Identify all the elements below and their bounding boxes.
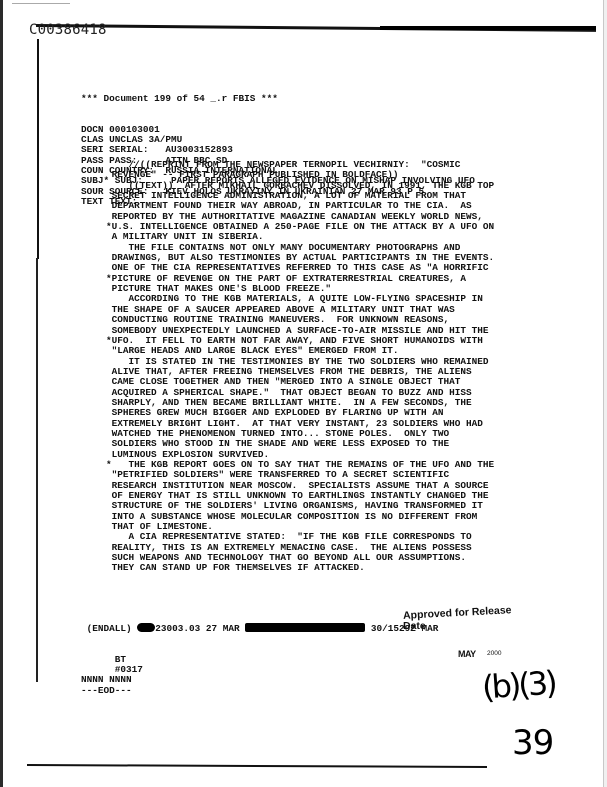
footer-block: (ENDALL) 23003.03 27 MAR 30/1529Z MAR BT… bbox=[81, 602, 438, 706]
scan-top-mark bbox=[12, 3, 70, 4]
endall-suffix: 30/1529Z MAR bbox=[365, 623, 438, 634]
control-number: C00386418 bbox=[29, 22, 107, 38]
body-line: THEY CAN STAND UP FOR THEMSELVES IF ATTA… bbox=[106, 563, 494, 573]
redaction-box bbox=[137, 623, 155, 632]
margin-rule bbox=[37, 39, 39, 259]
endall-dtg: 23003.03 27 MAR bbox=[155, 623, 245, 634]
scan-left-border bbox=[0, 0, 3, 787]
body-line: "LARGE HEADS AND LARGE BLACK EYES" EMERG… bbox=[106, 346, 494, 356]
top-rule-thick bbox=[380, 26, 596, 30]
stamp-year: 2000 bbox=[487, 650, 501, 657]
stamp-date-label: Date bbox=[403, 620, 426, 632]
body-line: CAME CLOSE TOGETHER AND THEN "MERGED INT… bbox=[106, 377, 494, 387]
handwritten-page-number: 39 bbox=[512, 723, 553, 763]
trailer-lines: BT #0317NNNN NNNN---EOD--- bbox=[81, 655, 438, 696]
trailer-line: NNNN NNNN bbox=[81, 675, 438, 685]
handwritten-exemption: (b)(3) bbox=[481, 664, 556, 707]
margin-rule-lower bbox=[36, 258, 38, 682]
endall-prefix: (ENDALL) bbox=[81, 623, 137, 634]
body-line: CONDUCTING ROUTINE TRAINING MANEUVERS. F… bbox=[106, 315, 494, 325]
trailer-line: ---EOD--- bbox=[81, 686, 438, 696]
trailer-line: #0317 bbox=[81, 665, 438, 675]
scan-right-edge bbox=[603, 0, 607, 787]
redaction-box bbox=[245, 623, 365, 632]
endall-line: (ENDALL) 23003.03 27 MAR 30/1529Z MAR bbox=[81, 623, 438, 634]
bottom-rule bbox=[27, 764, 487, 768]
document-header-line: *** Document 199 of 54 _.r FBIS *** bbox=[81, 94, 475, 104]
stamp-month: MAY bbox=[458, 649, 476, 659]
document-body: //((REPRINT FROM THE NEWSPAPER TERNOPIL … bbox=[106, 160, 494, 574]
